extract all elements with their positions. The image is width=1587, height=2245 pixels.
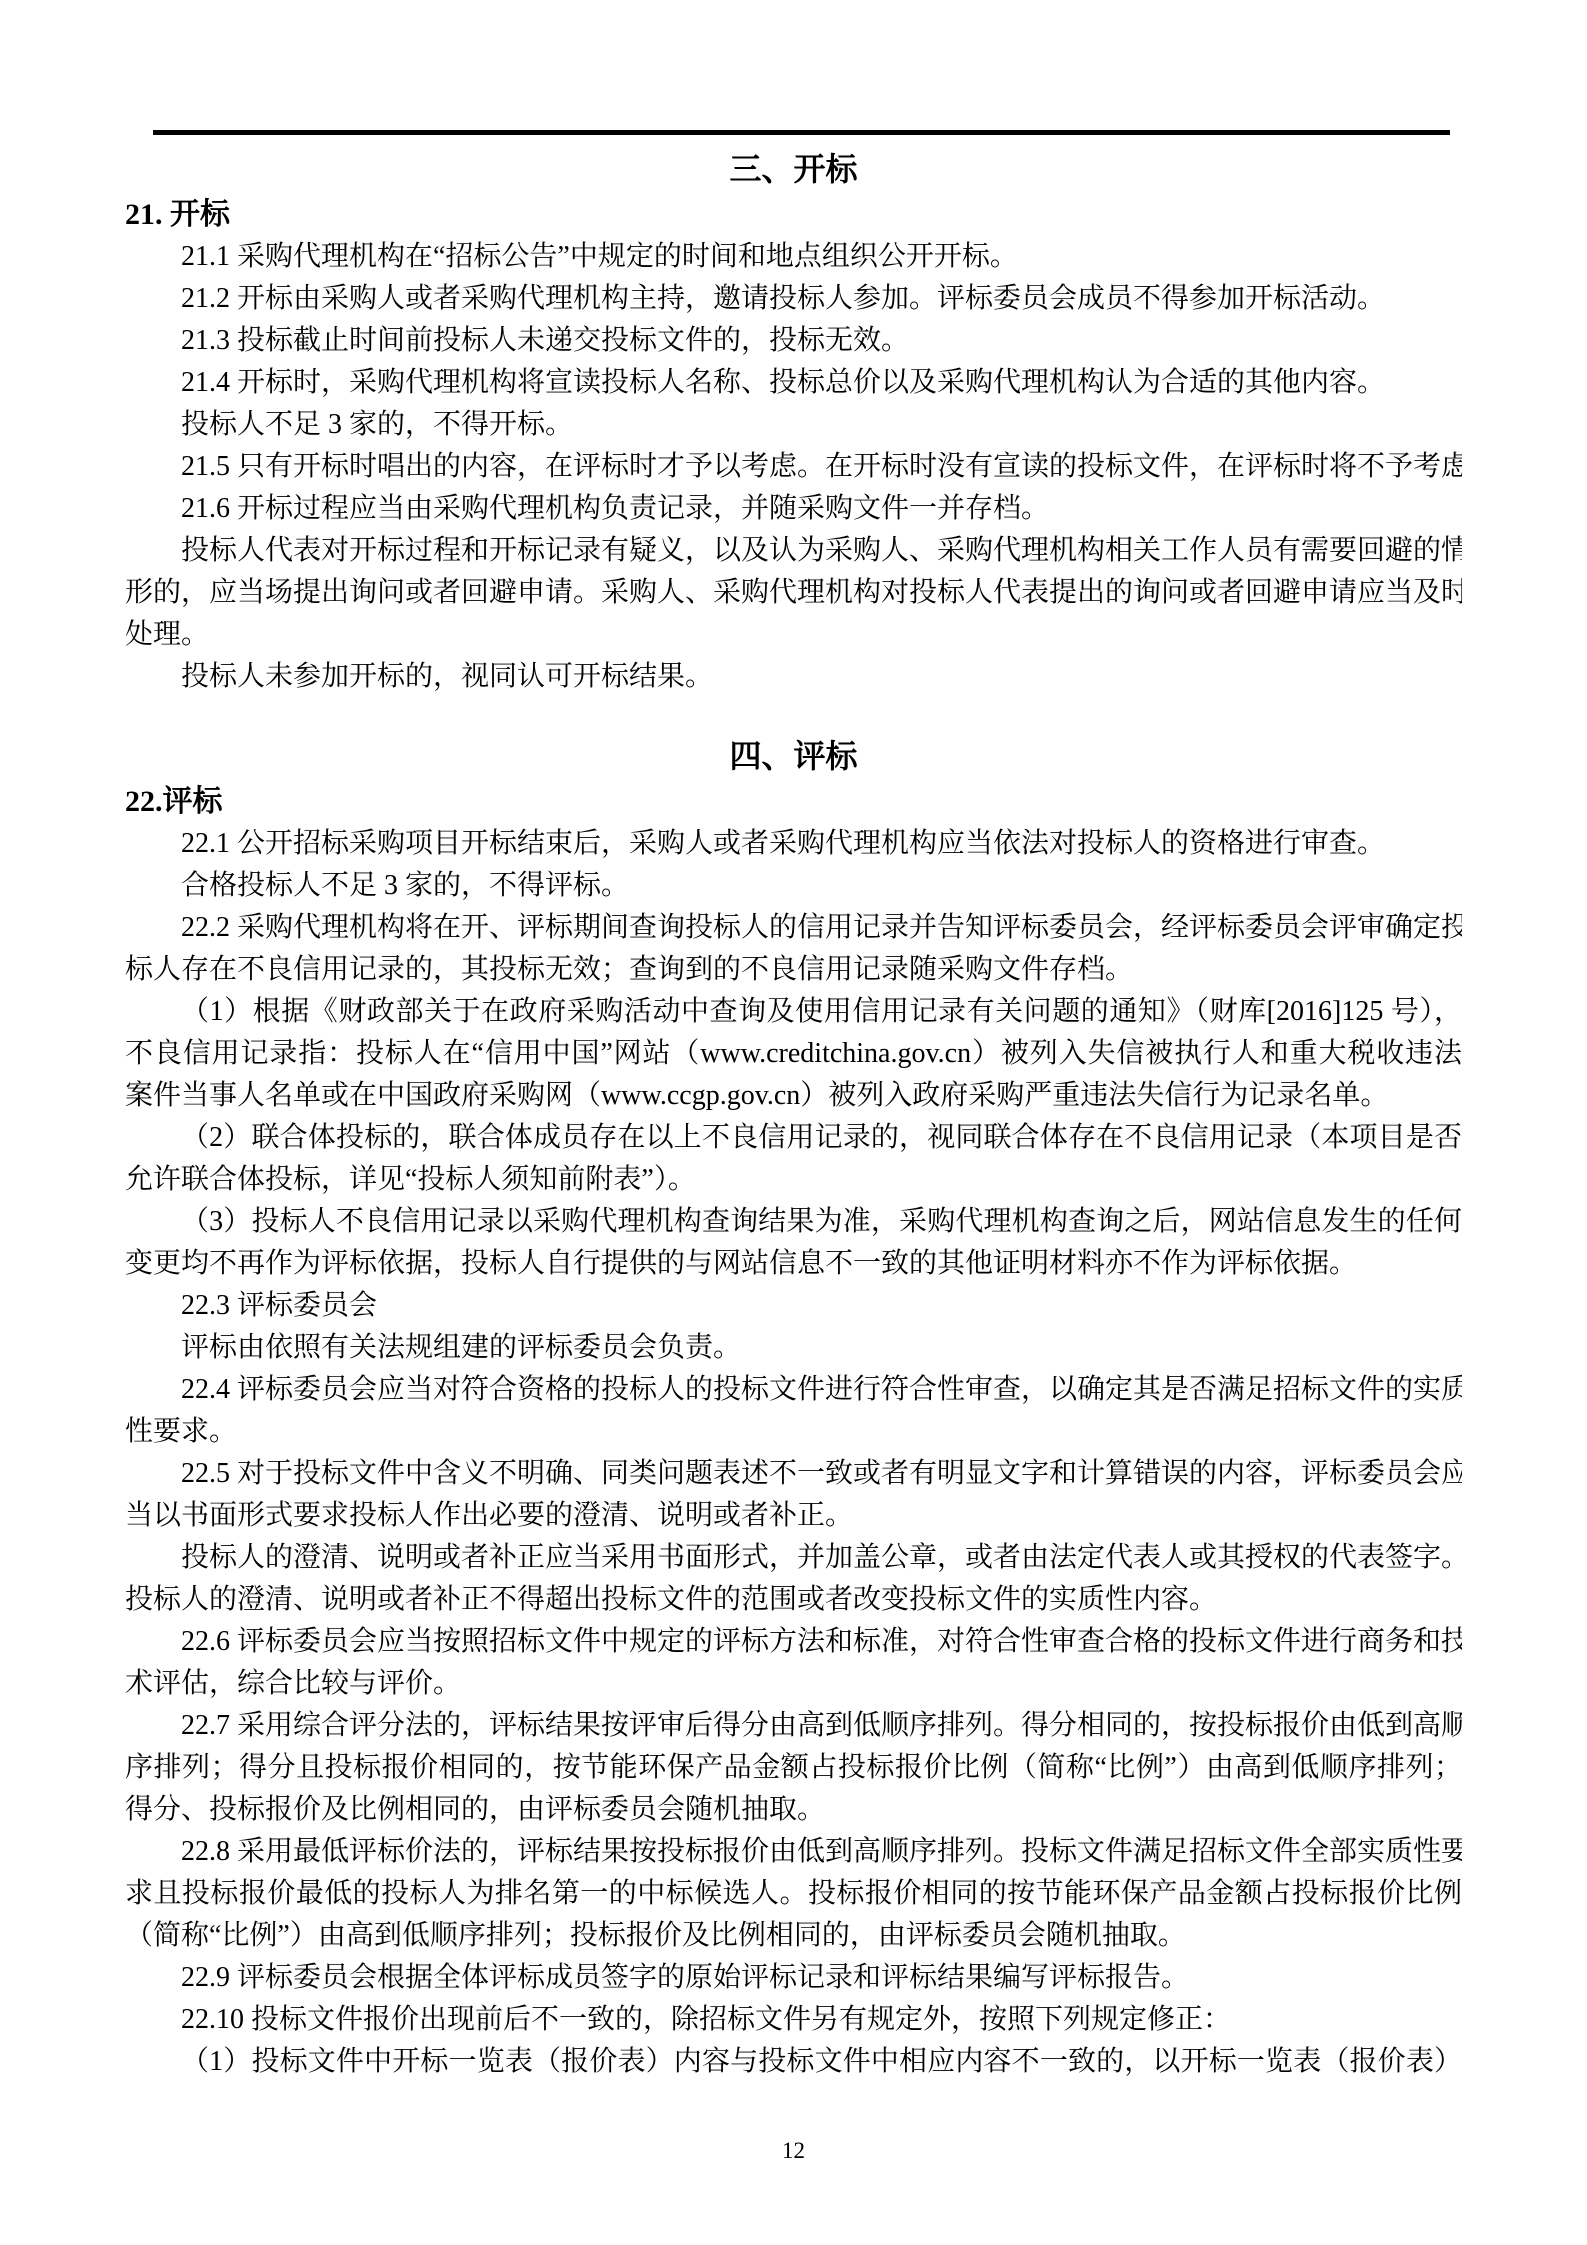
section-heading: 22.评标 [125,781,1462,823]
header-rule [153,130,1450,135]
text-line: （3）投标人不良信用记录以采购代理机构查询结果为准，采购代理机构查询之后，网站信… [125,1201,1462,1243]
document-section: 四、评标22.评标22.1 公开招标采购项目开标结束后，采购人或者采购代理机构应… [125,734,1462,2083]
document-page: 三、开标21. 开标21.1 采购代理机构在“招标公告”中规定的时间和地点组织公… [0,0,1587,2245]
text-line: 投标人不足 3 家的，不得开标。 [125,404,1462,446]
text-line: 术评估，综合比较与评价。 [125,1663,1462,1705]
text-line: 22.4 评标委员会应当对符合资格的投标人的投标文件进行符合性审查，以确定其是否… [125,1369,1462,1411]
text-line: 21.4 开标时，采购代理机构将宣读投标人名称、投标总价以及采购代理机构认为合适… [125,362,1462,404]
text-line: 评标由依照有关法规组建的评标委员会负责。 [125,1327,1462,1369]
text-line: 序排列；得分且投标报价相同的，按节能环保产品金额占投标报价比例（简称“比例”）由… [125,1747,1462,1789]
text-line: 22.9 评标委员会根据全体评标成员签字的原始评标记录和评标结果编写评标报告。 [125,1957,1462,1999]
text-line: 形的，应当场提出询问或者回避申请。采购人、采购代理机构对投标人代表提出的询问或者… [125,572,1462,614]
text-line: 22.6 评标委员会应当按照招标文件中规定的评标方法和标准，对符合性审查合格的投… [125,1621,1462,1663]
text-line: 不良信用记录指：投标人在“信用中国”网站（www.creditchina.gov… [125,1033,1462,1075]
text-line: 投标人未参加开标的，视同认可开标结果。 [125,656,1462,698]
text-line: 变更均不再作为评标依据，投标人自行提供的与网站信息不一致的其他证明材料亦不作为评… [125,1243,1462,1285]
section-heading: 21. 开标 [125,194,1462,236]
document-body: 三、开标21. 开标21.1 采购代理机构在“招标公告”中规定的时间和地点组织公… [125,147,1462,2083]
text-line: 21.5 只有开标时唱出的内容，在评标时才予以考虑。在开标时没有宣读的投标文件，… [125,446,1462,488]
text-line: 21.6 开标过程应当由采购代理机构负责记录，并随采购文件一并存档。 [125,488,1462,530]
text-line: 22.2 采购代理机构将在开、评标期间查询投标人的信用记录并告知评标委员会，经评… [125,907,1462,949]
text-line: 标人存在不良信用记录的，其投标无效；查询到的不良信用记录随采购文件存档。 [125,949,1462,991]
text-line: 22.10 投标文件报价出现前后不一致的，除招标文件另有规定外，按照下列规定修正… [125,1999,1462,2041]
text-line: 求且投标报价最低的投标人为排名第一的中标候选人。投标报价相同的按节能环保产品金额… [125,1873,1462,1915]
text-line: 处理。 [125,614,1462,656]
text-line: 22.1 公开招标采购项目开标结束后，采购人或者采购代理机构应当依法对投标人的资… [125,823,1462,865]
text-line: 22.5 对于投标文件中含义不明确、同类问题表述不一致或者有明显文字和计算错误的… [125,1453,1462,1495]
text-line: 允许联合体投标，详见“投标人须知前附表”）。 [125,1159,1462,1201]
text-line: 合格投标人不足 3 家的，不得评标。 [125,865,1462,907]
text-line: 21.3 投标截止时间前投标人未递交投标文件的，投标无效。 [125,320,1462,362]
text-line: （1）根据《财政部关于在政府采购活动中查询及使用信用记录有关问题的通知》（财库[… [125,991,1462,1033]
text-line: （简称“比例”）由高到低顺序排列；投标报价及比例相同的，由评标委员会随机抽取。 [125,1915,1462,1957]
text-line: 21.1 采购代理机构在“招标公告”中规定的时间和地点组织公开开标。 [125,236,1462,278]
text-line: 当以书面形式要求投标人作出必要的澄清、说明或者补正。 [125,1495,1462,1537]
text-line: 投标人的澄清、说明或者补正应当采用书面形式，并加盖公章，或者由法定代表人或其授权… [125,1537,1462,1579]
text-line: 22.3 评标委员会 [125,1285,1462,1327]
section-title: 三、开标 [125,147,1462,191]
text-line: 投标人代表对开标过程和开标记录有疑义，以及认为采购人、采购代理机构相关工作人员有… [125,530,1462,572]
page-number: 12 [0,2130,1587,2172]
text-line: 22.8 采用最低评标价法的，评标结果按投标报价由低到高顺序排列。投标文件满足招… [125,1831,1462,1873]
text-line: 性要求。 [125,1411,1462,1453]
text-line: （2）联合体投标的，联合体成员存在以上不良信用记录的，视同联合体存在不良信用记录… [125,1117,1462,1159]
text-line: 22.7 采用综合评分法的，评标结果按评审后得分由高到低顺序排列。得分相同的，按… [125,1705,1462,1747]
document-section: 三、开标21. 开标21.1 采购代理机构在“招标公告”中规定的时间和地点组织公… [125,147,1462,698]
section-title: 四、评标 [125,734,1462,778]
text-line: 得分、投标报价及比例相同的，由评标委员会随机抽取。 [125,1789,1462,1831]
text-line: 案件当事人名单或在中国政府采购网（www.ccgp.gov.cn）被列入政府采购… [125,1075,1462,1117]
text-line: 21.2 开标由采购人或者采购代理机构主持，邀请投标人参加。评标委员会成员不得参… [125,278,1462,320]
text-line: 投标人的澄清、说明或者补正不得超出投标文件的范围或者改变投标文件的实质性内容。 [125,1579,1462,1621]
text-line: （1）投标文件中开标一览表（报价表）内容与投标文件中相应内容不一致的，以开标一览… [125,2041,1462,2083]
